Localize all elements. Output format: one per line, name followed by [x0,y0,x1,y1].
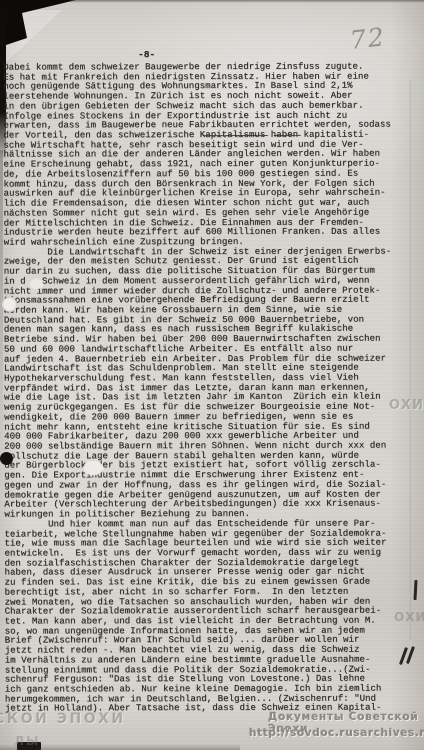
watermark-fragment: ЛЫ [14,734,40,748]
page-number: -8- [138,49,155,60]
typewritten-text: Dabei kommt dem schweizer Baugewerbe der… [3,61,421,713]
punch-hole [2,297,17,312]
watermark-fragment: ОХИ [394,610,424,624]
watermark-fragment: ОХИ [389,398,424,413]
handwritten-folio-number: 72 [349,22,388,55]
archive-watermark-url: http://sovdoc.rusarchives.ru [249,727,424,739]
scan-edge-top [70,0,424,3]
punch-hole-dark [0,452,13,465]
scanned-document-page: { "page": { "page_number": "-8-", "folio… [0,0,424,750]
watermark-fragment: СКОЙ ЭПОХИ [0,711,126,727]
white-spot [30,279,43,289]
white-spot [84,461,103,475]
